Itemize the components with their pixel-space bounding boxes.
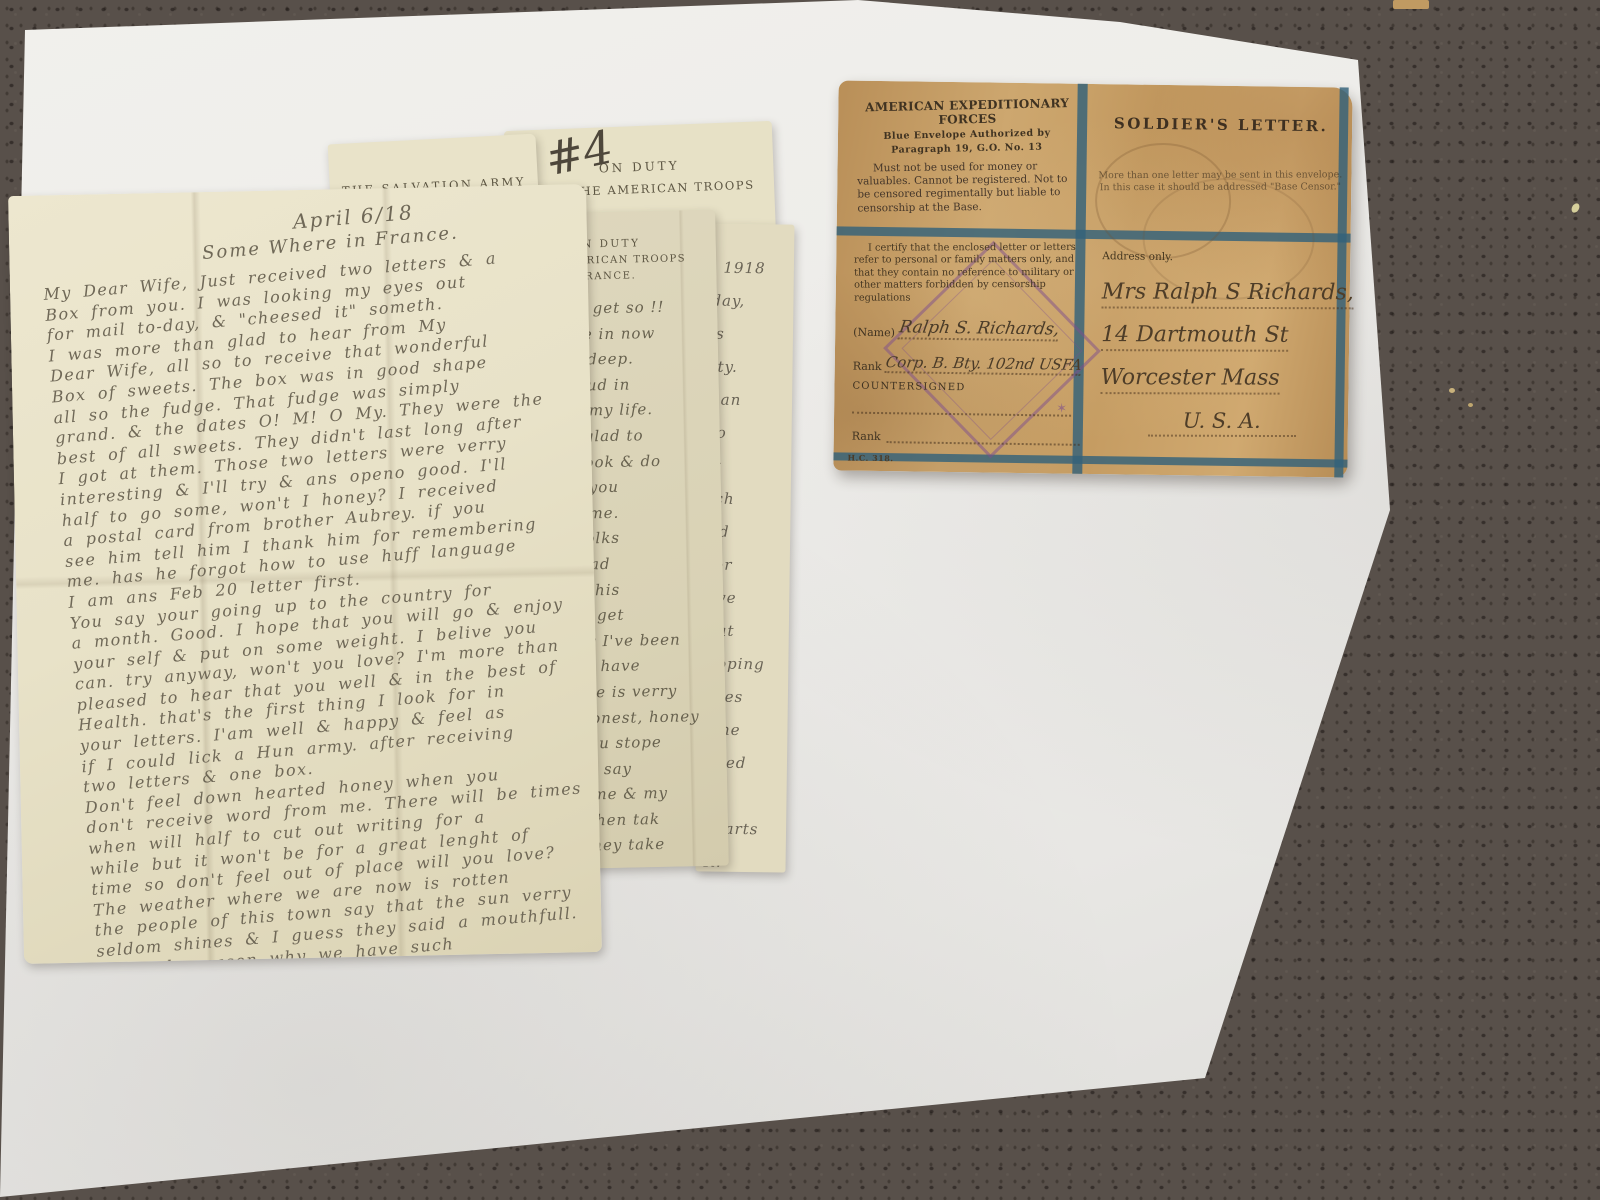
certify-paragraph: I certify that the enclosed letter or le… (854, 242, 1082, 305)
address-only-label: Address only. (1102, 250, 1340, 265)
envelope-form-number: H.C. 318. (847, 453, 893, 464)
rank-field-row-blank: Rank (852, 430, 1080, 446)
rank-label-blank: Rank (852, 430, 881, 443)
crumb-speck (1468, 403, 1473, 407)
rank-dotted-line (887, 431, 1080, 446)
photo-scene: THE SALVATION ARMY AMERICAN SECTION ON D… (0, 0, 1600, 1200)
more-than-one-letter-paragraph: More than one letter may be sent in this… (1097, 169, 1343, 194)
name-handwritten-value: Ralph S. Richards, (897, 317, 1060, 341)
letter-page-one: April 6/18 Some Where in France. My Dear… (8, 184, 602, 964)
crumb-speck (1570, 202, 1581, 214)
envelope-authorization-block: AMERICAN EXPEDITIONARY FORCES Blue Envel… (857, 97, 1077, 216)
address-block: Address only. Mrs Ralph S Richards,14 Da… (1100, 250, 1341, 438)
handwritten-address: Mrs Ralph S Richards,14 Dartmouth StWorc… (1100, 264, 1340, 438)
must-not-be-used-paragraph: Must not be used for money or valuables.… (857, 160, 1076, 215)
paper-scrap (1393, 0, 1429, 9)
handwriting-fragment: tty. (710, 351, 788, 385)
rank-handwritten-value: Corp. B. Bty. 102nd USFA (884, 353, 1083, 376)
name-field-row: (Name) Ralph S. Richards, (853, 317, 1081, 342)
handwriting-fragment: 's (711, 318, 789, 352)
address-line: Mrs Ralph S Richards, (1102, 279, 1354, 309)
certification-block: I certify that the enclosed letter or le… (852, 241, 1083, 446)
rank-label: Rank (853, 360, 882, 373)
address-line: 14 Dartmouth St (1101, 322, 1288, 352)
countersigned-label: COUNTERSIGNED (852, 381, 1080, 395)
signature-dotted-line (852, 402, 1071, 417)
address-line: Worcester Mass (1101, 365, 1280, 395)
name-label: (Name) (853, 326, 895, 340)
blue-envelope-authorized-line: Blue Envelope Authorized by (858, 127, 1076, 143)
handwriting-fragment: , 1918 (712, 252, 790, 286)
blue-border-bottom-band (833, 452, 1347, 467)
crumb-speck (1449, 388, 1455, 393)
letter-body: My Dear Wife, Just received two letters … (43, 242, 602, 964)
handwriting-fragment: day, (711, 285, 789, 319)
rank-field-row: Rank Corp. B. Bty. 102nd USFA (853, 353, 1081, 376)
paragraph-authorization-line: Paragraph 19, G.O. No. 13 (858, 141, 1076, 157)
address-line: U. S. A. (1148, 409, 1296, 438)
letter-page-one-text: April 6/18 Some Where in France. My Dear… (8, 184, 602, 964)
soldiers-letter-title: SOLDIER'S LETTER. (1098, 114, 1344, 135)
soldiers-letter-envelope: ✶ AMERICAN EXPEDITIONARY FORCES Blue Env… (833, 80, 1352, 477)
aef-heading: AMERICAN EXPEDITIONARY FORCES (858, 96, 1077, 129)
handwriting-fragment: han (710, 383, 788, 417)
handwriting-fragment: to (709, 416, 787, 450)
soldiers-letter-block: SOLDIER'S LETTER. More than one letter m… (1097, 114, 1344, 195)
